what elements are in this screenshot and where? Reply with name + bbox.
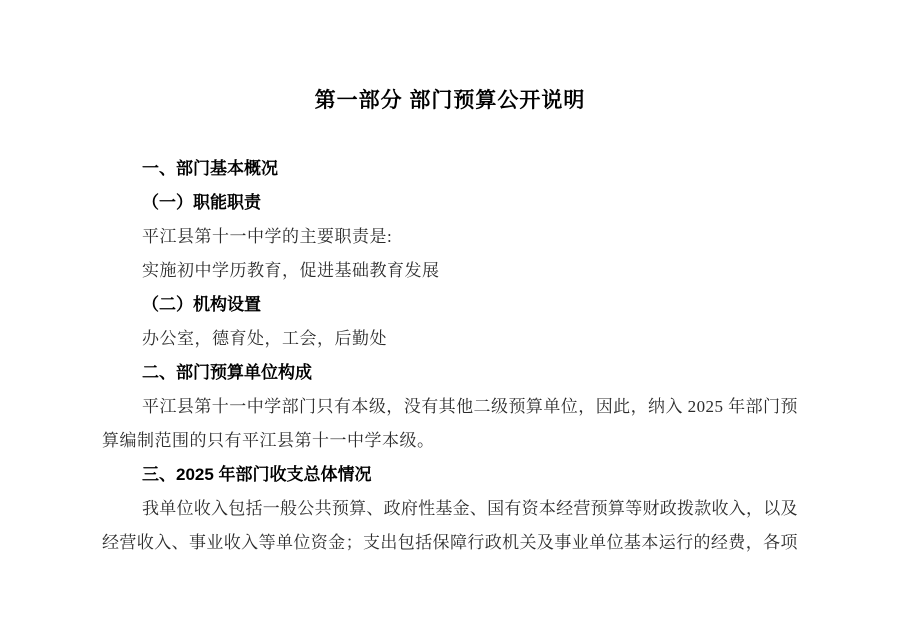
- paragraph-text: 算编制范围的只有平江县第十一中学本级。: [102, 424, 435, 458]
- paragraph-text: 办公室，德育处，工会，后勤处: [142, 322, 387, 356]
- paragraph-line: 实施初中学历教育，促进基础教育发展: [102, 254, 798, 288]
- blank-line: [102, 118, 798, 152]
- document-body: 一、部门基本概况（一）职能职责平江县第十一中学的主要职责是:实施初中学历教育，促…: [102, 152, 798, 560]
- page-title: 第一部分 部门预算公开说明: [102, 84, 798, 118]
- section-heading: 三、2025 年部门收支总体情况: [102, 458, 798, 492]
- paragraph-text: 平江县第十一中学的主要职责是:: [142, 220, 392, 254]
- paragraph-text: 我单位收入包括一般公共预算、政府性基金、国有资本经营预算等财政拨款收入，以及: [142, 492, 798, 526]
- paragraph-line: 办公室，德育处，工会，后勤处: [102, 322, 798, 356]
- paragraph-line: 经营收入、事业收入等单位资金；支出包括保障行政机关及事业单位基本运行的经费，各项: [102, 526, 798, 560]
- paragraph-line: 我单位收入包括一般公共预算、政府性基金、国有资本经营预算等财政拨款收入，以及: [102, 492, 798, 526]
- paragraph-text: 平江县第十一中学部门只有本级，没有其他二级预算单位，因此，纳入 2025 年部门…: [142, 390, 798, 424]
- paragraph-line: 平江县第十一中学部门只有本级，没有其他二级预算单位，因此，纳入 2025 年部门…: [102, 390, 798, 424]
- subsection-heading: （一）职能职责: [102, 186, 798, 220]
- section-heading: 二、部门预算单位构成: [102, 356, 798, 390]
- subsection-heading: （二）机构设置: [102, 288, 798, 322]
- document-page: 第一部分 部门预算公开说明 一、部门基本概况（一）职能职责平江县第十一中学的主要…: [0, 0, 900, 636]
- document-content: 第一部分 部门预算公开说明 一、部门基本概况（一）职能职责平江县第十一中学的主要…: [102, 84, 798, 560]
- paragraph-text: 经营收入、事业收入等单位资金；支出包括保障行政机关及事业单位基本运行的经费，各项: [102, 526, 798, 560]
- paragraph-text: 实施初中学历教育，促进基础教育发展: [142, 254, 440, 288]
- section-heading: 一、部门基本概况: [102, 152, 798, 186]
- paragraph-line: 平江县第十一中学的主要职责是:: [102, 220, 798, 254]
- paragraph-line: 算编制范围的只有平江县第十一中学本级。: [102, 424, 798, 458]
